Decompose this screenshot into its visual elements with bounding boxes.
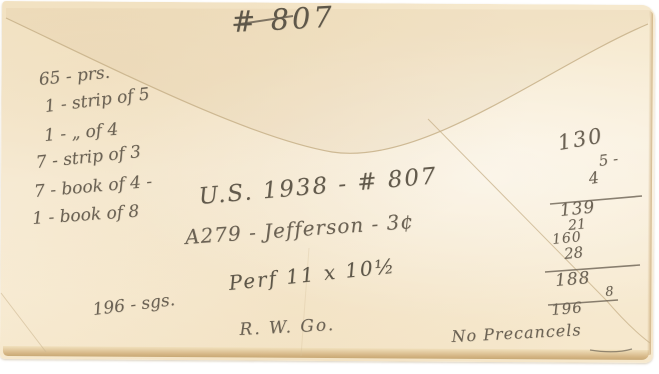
sum-value-196: 196 [550, 298, 583, 319]
signature-flourish [590, 349, 632, 352]
sum-value-28: 28 [563, 243, 584, 263]
catalog-number-heading: # 807 [230, 0, 336, 39]
scanned-envelope-back: # 807 65 - prs. 1 - strip of 5 1 - „ of … [0, 0, 659, 374]
sum-value-8: 8 [605, 284, 615, 300]
sum-value-188: 188 [554, 268, 591, 291]
bottom-left-crease [1, 293, 46, 352]
sum-value-5: 5 - [597, 149, 619, 170]
